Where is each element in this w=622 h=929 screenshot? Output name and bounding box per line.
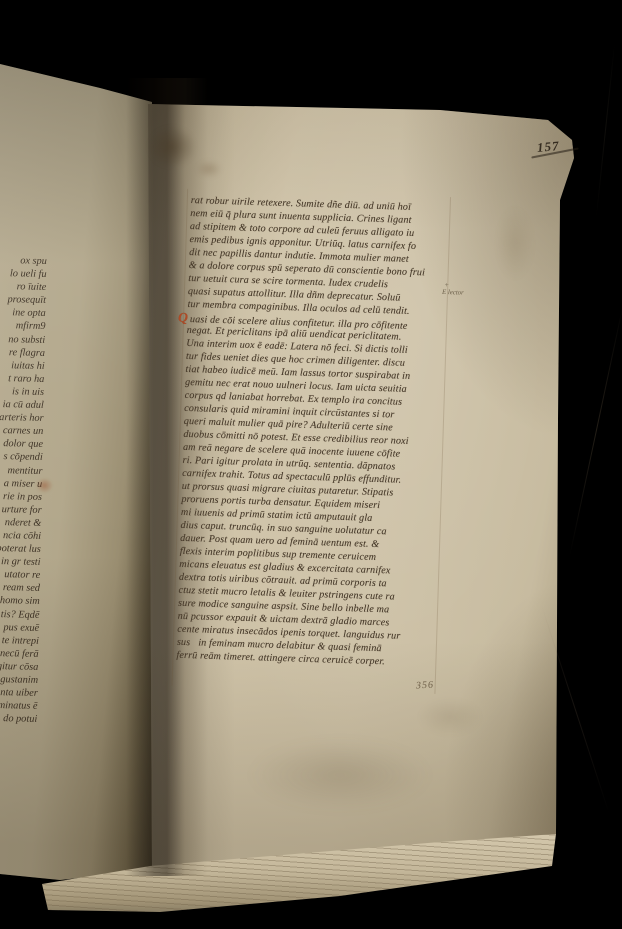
text-area: rat robur uirile retexere. Sumite dñe di…: [176, 194, 449, 684]
left-page-line-fragment: in gr testi: [0, 555, 41, 569]
manuscript-photograph: ox spulo ueli furo īuiteprosequītine opt…: [0, 0, 622, 929]
margin-note: + E lector: [442, 282, 464, 297]
left-page-line-fragment: re flagra: [0, 346, 45, 360]
left-page-line-fragment: urture for: [0, 503, 42, 517]
left-page-line-fragment: tis? Eqdē: [0, 607, 40, 621]
left-page-line-fragment: poterat lus: [0, 542, 41, 556]
backdrop-thread: [569, 303, 622, 558]
left-page-line-fragment: is in uis: [0, 385, 44, 399]
left-page-line-fragment: nta uiber: [0, 686, 38, 700]
left-page-line-fragment: ro īuite: [0, 280, 46, 294]
left-page-line-fragment: no substi: [0, 333, 45, 347]
left-page-line-fragment: carnes un: [0, 424, 43, 438]
left-page-line-fragment: mfirm9: [0, 319, 46, 333]
left-page-line-fragment: arteris hor: [0, 411, 44, 425]
text-block: rat robur uirile retexere. Sumite dñe di…: [176, 194, 449, 670]
left-page-line-fragment: eminatus ē: [0, 699, 38, 713]
left-page-line-fragment: ream sed: [0, 581, 40, 595]
left-page-line-fragment: homo sim: [0, 594, 40, 608]
page-number: 356: [416, 680, 435, 692]
backdrop-thread: [596, 40, 616, 219]
left-page-line-fragment: te intrepi: [0, 634, 39, 648]
left-page-line-fragment: lo ueli fu: [0, 267, 47, 281]
left-page-line-fragment: ia cū adul: [0, 398, 44, 412]
left-page-line-fragment: s cōpendi: [0, 450, 43, 464]
left-page-line-fragment: a miser u: [0, 477, 42, 491]
left-page-line-fragment: ncia cōhi: [0, 529, 41, 543]
left-page-line-fragment: ox spu: [0, 254, 47, 268]
left-page-line-fragment: nderet &: [0, 516, 42, 530]
left-page-line-fragment: iuitas hi: [0, 359, 45, 373]
left-page-line-fragment: utator re: [0, 568, 40, 582]
left-page-line-fragment: gitur cōsa: [0, 660, 38, 674]
left-page-line-fragment: t raro ha: [0, 372, 45, 386]
margin-note-text: E lector: [442, 289, 464, 297]
left-page-line-fragment: gustanim: [0, 673, 38, 687]
left-page-line-fragment: pus exuē: [0, 621, 39, 635]
left-page-text-column: ox spulo ueli furo īuiteprosequītine opt…: [0, 254, 47, 726]
left-page-line-fragment: do potui: [0, 712, 37, 726]
left-page-line-fragment: prosequīt: [0, 293, 46, 307]
left-page-line-fragment: necū ferā: [0, 647, 39, 661]
left-page-line-fragment: rie in pos: [0, 490, 42, 504]
left-page-line-fragment: ine opta: [0, 306, 46, 320]
left-page-line-fragment: dolor que: [0, 437, 43, 451]
left-page: ox spulo ueli furo īuiteprosequītine opt…: [0, 58, 152, 886]
left-page-line-fragment: mentitur: [0, 463, 43, 477]
